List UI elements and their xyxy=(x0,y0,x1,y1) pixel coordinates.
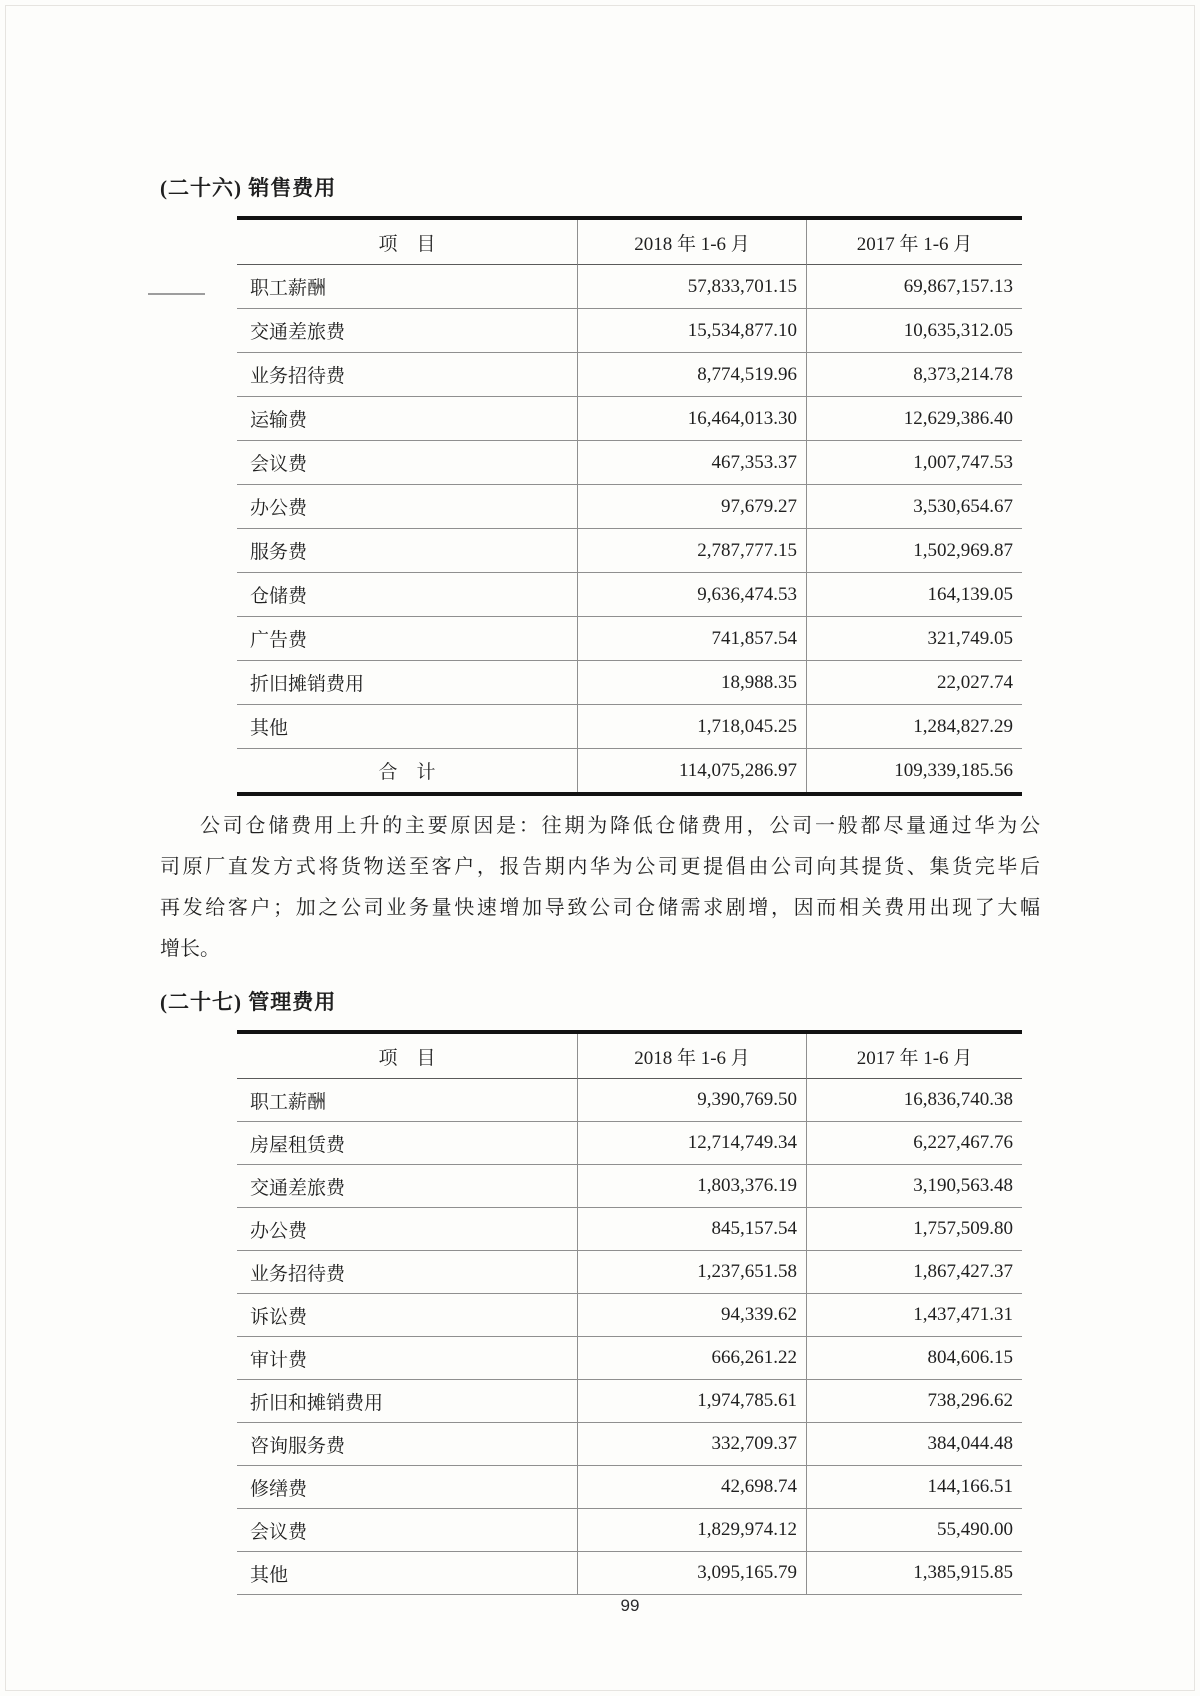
note-line: 再发给客户；加之公司业务量快速增加导致公司仓储需求剧增，因而相关费用出现了大幅 xyxy=(160,888,1040,929)
row-value-2017: 6,227,467.76 xyxy=(807,1122,1022,1165)
table-row: 房屋租赁费12,714,749.346,227,467.76 xyxy=(237,1122,1022,1165)
header-item-column: 项 目 xyxy=(237,1034,578,1079)
table-row: 诉讼费94,339.621,437,471.31 xyxy=(237,1294,1022,1337)
row-value-2017: 1,385,915.85 xyxy=(807,1552,1022,1595)
row-value-2018: 57,833,701.15 xyxy=(578,265,807,309)
table-row: 修缮费42,698.74144,166.51 xyxy=(237,1466,1022,1509)
table-total-row: 合 计 114,075,286.97 109,339,185.56 xyxy=(237,749,1022,792)
header-2018-column: 2018 年 1-6 月 xyxy=(578,220,807,265)
row-label: 审计费 xyxy=(237,1337,578,1380)
row-value-2018: 94,339.62 xyxy=(578,1294,807,1337)
row-value-2018: 666,261.22 xyxy=(578,1337,807,1380)
header-2018-column: 2018 年 1-6 月 xyxy=(578,1034,807,1079)
row-label: 运输费 xyxy=(237,397,578,441)
row-value-2018: 9,636,474.53 xyxy=(578,573,807,617)
row-value-2017: 1,867,427.37 xyxy=(807,1251,1022,1294)
row-value-2018: 467,353.37 xyxy=(578,441,807,485)
row-value-2017: 22,027.74 xyxy=(807,661,1022,705)
total-label: 合 计 xyxy=(237,749,578,792)
section-heading-selling-expenses: (二十六) 销售费用 xyxy=(160,172,1040,202)
row-label: 业务招待费 xyxy=(237,353,578,397)
row-value-2017: 69,867,157.13 xyxy=(807,265,1022,309)
table-row: 服务费2,787,777.151,502,969.87 xyxy=(237,529,1022,573)
warehouse-cost-note: 公司仓储费用上升的主要原因是：往期为降低仓储费用，公司一般都尽量通过华为公 司原… xyxy=(160,806,1040,970)
row-value-2017: 3,530,654.67 xyxy=(807,485,1022,529)
row-value-2018: 97,679.27 xyxy=(578,485,807,529)
table-row: 审计费666,261.22804,606.15 xyxy=(237,1337,1022,1380)
table-header-row: 项 目 2018 年 1-6 月 2017 年 1-6 月 xyxy=(237,1034,1022,1079)
row-value-2018: 1,803,376.19 xyxy=(578,1165,807,1208)
table-row: 交通差旅费1,803,376.193,190,563.48 xyxy=(237,1165,1022,1208)
row-label: 房屋租赁费 xyxy=(237,1122,578,1165)
table-row: 折旧和摊销费用1,974,785.61738,296.62 xyxy=(237,1380,1022,1423)
selling-expenses-table: 项 目 2018 年 1-6 月 2017 年 1-6 月 职工薪酬57,833… xyxy=(237,216,1022,796)
table-row: 办公费97,679.273,530,654.67 xyxy=(237,485,1022,529)
table-row: 广告费741,857.54321,749.05 xyxy=(237,617,1022,661)
table-row: 其他1,718,045.251,284,827.29 xyxy=(237,705,1022,749)
table-row: 交通差旅费15,534,877.1010,635,312.05 xyxy=(237,309,1022,353)
header-item-column: 项 目 xyxy=(237,220,578,265)
row-label: 诉讼费 xyxy=(237,1294,578,1337)
row-value-2017: 1,284,827.29 xyxy=(807,705,1022,749)
margin-dash-mark xyxy=(148,293,205,295)
row-label: 咨询服务费 xyxy=(237,1423,578,1466)
row-label: 修缮费 xyxy=(237,1466,578,1509)
row-label: 服务费 xyxy=(237,529,578,573)
row-label: 其他 xyxy=(237,1552,578,1595)
row-value-2017: 1,437,471.31 xyxy=(807,1294,1022,1337)
admin-expenses-table: 项 目 2018 年 1-6 月 2017 年 1-6 月 职工薪酬9,390,… xyxy=(237,1030,1022,1595)
table-row: 办公费845,157.541,757,509.80 xyxy=(237,1208,1022,1251)
section-heading-admin-expenses: (二十七) 管理费用 xyxy=(160,986,1040,1016)
table-row: 会议费1,829,974.1255,490.00 xyxy=(237,1509,1022,1552)
row-value-2018: 3,095,165.79 xyxy=(578,1552,807,1595)
page-content: (二十六) 销售费用 项 目 2018 年 1-6 月 2017 年 1-6 月… xyxy=(0,0,1200,1595)
header-2017-column: 2017 年 1-6 月 xyxy=(807,220,1022,265)
header-2017-column: 2017 年 1-6 月 xyxy=(807,1034,1022,1079)
row-value-2018: 16,464,013.30 xyxy=(578,397,807,441)
row-value-2017: 8,373,214.78 xyxy=(807,353,1022,397)
row-value-2017: 384,044.48 xyxy=(807,1423,1022,1466)
row-value-2018: 9,390,769.50 xyxy=(578,1079,807,1122)
row-value-2017: 1,502,969.87 xyxy=(807,529,1022,573)
note-line: 增长。 xyxy=(160,929,1040,970)
row-value-2017: 16,836,740.38 xyxy=(807,1079,1022,1122)
table-row: 会议费467,353.371,007,747.53 xyxy=(237,441,1022,485)
row-value-2018: 18,988.35 xyxy=(578,661,807,705)
row-value-2018: 12,714,749.34 xyxy=(578,1122,807,1165)
table-body: 职工薪酬57,833,701.1569,867,157.13交通差旅费15,53… xyxy=(237,265,1022,749)
table-row: 职工薪酬9,390,769.5016,836,740.38 xyxy=(237,1079,1022,1122)
row-value-2018: 15,534,877.10 xyxy=(578,309,807,353)
row-value-2018: 1,718,045.25 xyxy=(578,705,807,749)
row-label: 仓储费 xyxy=(237,573,578,617)
row-label: 交通差旅费 xyxy=(237,309,578,353)
row-label: 业务招待费 xyxy=(237,1251,578,1294)
row-value-2018: 2,787,777.15 xyxy=(578,529,807,573)
note-line: 司原厂直发方式将货物送至客户，报告期内华为公司更提倡由公司向其提货、集货完毕后 xyxy=(160,847,1040,888)
table-row: 业务招待费8,774,519.968,373,214.78 xyxy=(237,353,1022,397)
table-row: 运输费16,464,013.3012,629,386.40 xyxy=(237,397,1022,441)
table-row: 仓储费9,636,474.53164,139.05 xyxy=(237,573,1022,617)
row-value-2017: 10,635,312.05 xyxy=(807,309,1022,353)
note-line: 公司仓储费用上升的主要原因是：往期为降低仓储费用，公司一般都尽量通过华为公 xyxy=(160,806,1040,847)
row-value-2017: 3,190,563.48 xyxy=(807,1165,1022,1208)
row-value-2018: 741,857.54 xyxy=(578,617,807,661)
row-value-2018: 1,237,651.58 xyxy=(578,1251,807,1294)
row-value-2017: 738,296.62 xyxy=(807,1380,1022,1423)
row-label: 交通差旅费 xyxy=(237,1165,578,1208)
row-value-2018: 845,157.54 xyxy=(578,1208,807,1251)
row-value-2017: 55,490.00 xyxy=(807,1509,1022,1552)
row-value-2017: 164,139.05 xyxy=(807,573,1022,617)
row-value-2017: 804,606.15 xyxy=(807,1337,1022,1380)
row-label: 职工薪酬 xyxy=(237,1079,578,1122)
row-label: 办公费 xyxy=(237,1208,578,1251)
total-value-2018: 114,075,286.97 xyxy=(578,749,807,792)
row-label: 职工薪酬 xyxy=(237,265,578,309)
page-number: 99 xyxy=(0,1596,1200,1616)
table-row: 咨询服务费332,709.37384,044.48 xyxy=(237,1423,1022,1466)
row-label: 广告费 xyxy=(237,617,578,661)
row-value-2017: 144,166.51 xyxy=(807,1466,1022,1509)
table-row: 折旧摊销费用18,988.3522,027.74 xyxy=(237,661,1022,705)
document-page: (二十六) 销售费用 项 目 2018 年 1-6 月 2017 年 1-6 月… xyxy=(0,0,1200,1696)
row-label: 会议费 xyxy=(237,1509,578,1552)
row-value-2017: 321,749.05 xyxy=(807,617,1022,661)
row-value-2018: 8,774,519.96 xyxy=(578,353,807,397)
table-row: 职工薪酬57,833,701.1569,867,157.13 xyxy=(237,265,1022,309)
table-header-row: 项 目 2018 年 1-6 月 2017 年 1-6 月 xyxy=(237,220,1022,265)
row-value-2018: 332,709.37 xyxy=(578,1423,807,1466)
row-value-2017: 1,757,509.80 xyxy=(807,1208,1022,1251)
row-value-2018: 42,698.74 xyxy=(578,1466,807,1509)
row-label: 办公费 xyxy=(237,485,578,529)
row-label: 折旧摊销费用 xyxy=(237,661,578,705)
row-value-2017: 12,629,386.40 xyxy=(807,397,1022,441)
row-label: 会议费 xyxy=(237,441,578,485)
row-label: 其他 xyxy=(237,705,578,749)
total-value-2017: 109,339,185.56 xyxy=(807,749,1022,792)
table-row: 业务招待费1,237,651.581,867,427.37 xyxy=(237,1251,1022,1294)
row-value-2018: 1,829,974.12 xyxy=(578,1509,807,1552)
row-value-2018: 1,974,785.61 xyxy=(578,1380,807,1423)
table-body: 职工薪酬9,390,769.5016,836,740.38房屋租赁费12,714… xyxy=(237,1079,1022,1595)
row-value-2017: 1,007,747.53 xyxy=(807,441,1022,485)
table-row: 其他3,095,165.791,385,915.85 xyxy=(237,1552,1022,1595)
row-label: 折旧和摊销费用 xyxy=(237,1380,578,1423)
